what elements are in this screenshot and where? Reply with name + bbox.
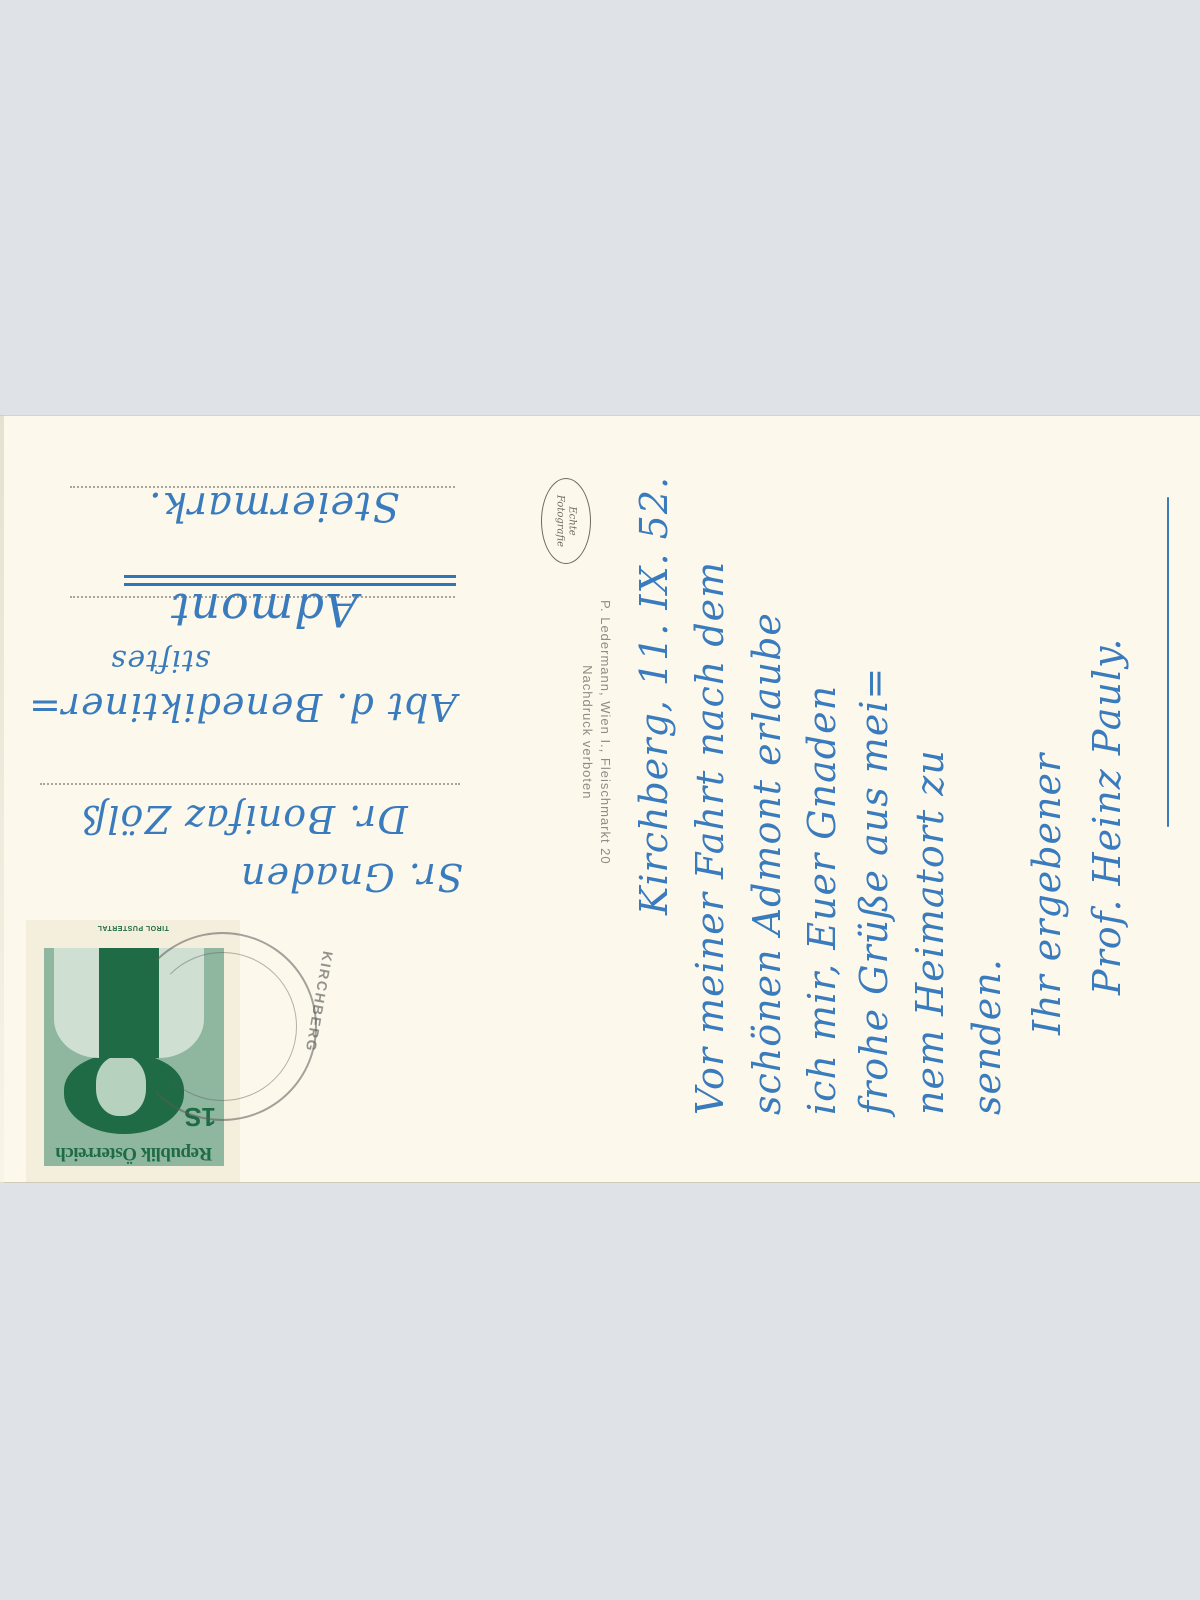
address-line-country: Steiermark. (148, 483, 400, 529)
photo-mark-text: EchteFotografie (555, 495, 578, 547)
address-line-stiftes: stiftes (110, 643, 210, 678)
address-line-title: Abt d. Benediktiner= (28, 685, 457, 729)
postmark-text: KIRCHBERG (303, 950, 337, 1054)
printer-info: P. Ledermann, Wien I., Fleischmarkt 20 N… (578, 600, 614, 865)
message-line-3: ich mir, Euer Gnaden (800, 685, 844, 1115)
message-line-1: Vor meiner Fahrt nach dem (688, 561, 732, 1115)
postmark-circle: KIRCHBERG (128, 932, 317, 1121)
stamp-caption: TIROL PUSTERTAL (26, 924, 240, 931)
address-line-city: Admont (170, 583, 358, 637)
message-line-6: senden. (965, 958, 1009, 1115)
stamp-country: Republik Österreich (44, 1142, 224, 1164)
address-line-salutation: Sr. Gnaden (240, 855, 463, 899)
postcard-back: Steiermark. Admont stiftes Abt d. Benedi… (0, 415, 1200, 1183)
message-line-2: schönen Admont erlaube (745, 612, 789, 1115)
photo-mark-line1: Echte (566, 495, 578, 547)
address-dotted-line-3 (40, 783, 460, 785)
address-line-name: Dr. Bonifaz Zölß (80, 797, 408, 841)
printer-line-1: P. Ledermann, Wien I., Fleischmarkt 20 (596, 600, 614, 865)
photo-mark-line2: Fotografie (555, 495, 567, 547)
message-place-date: Kirchberg, 11. IX. 52. (632, 476, 676, 915)
postmark-inner-ring (148, 952, 297, 1101)
signature-underline (1167, 497, 1169, 827)
message-line-4: frohe Grüße aus mei= (852, 667, 896, 1115)
message-line-5: nem Heimatort zu (908, 749, 952, 1115)
echte-fotografie-mark: EchteFotografie (541, 478, 591, 564)
message-signature: Prof. Heinz Pauly. (1085, 638, 1129, 995)
message-line-7: Ihr ergebener (1025, 753, 1069, 1035)
printer-line-2: Nachdruck verboten (578, 600, 596, 865)
